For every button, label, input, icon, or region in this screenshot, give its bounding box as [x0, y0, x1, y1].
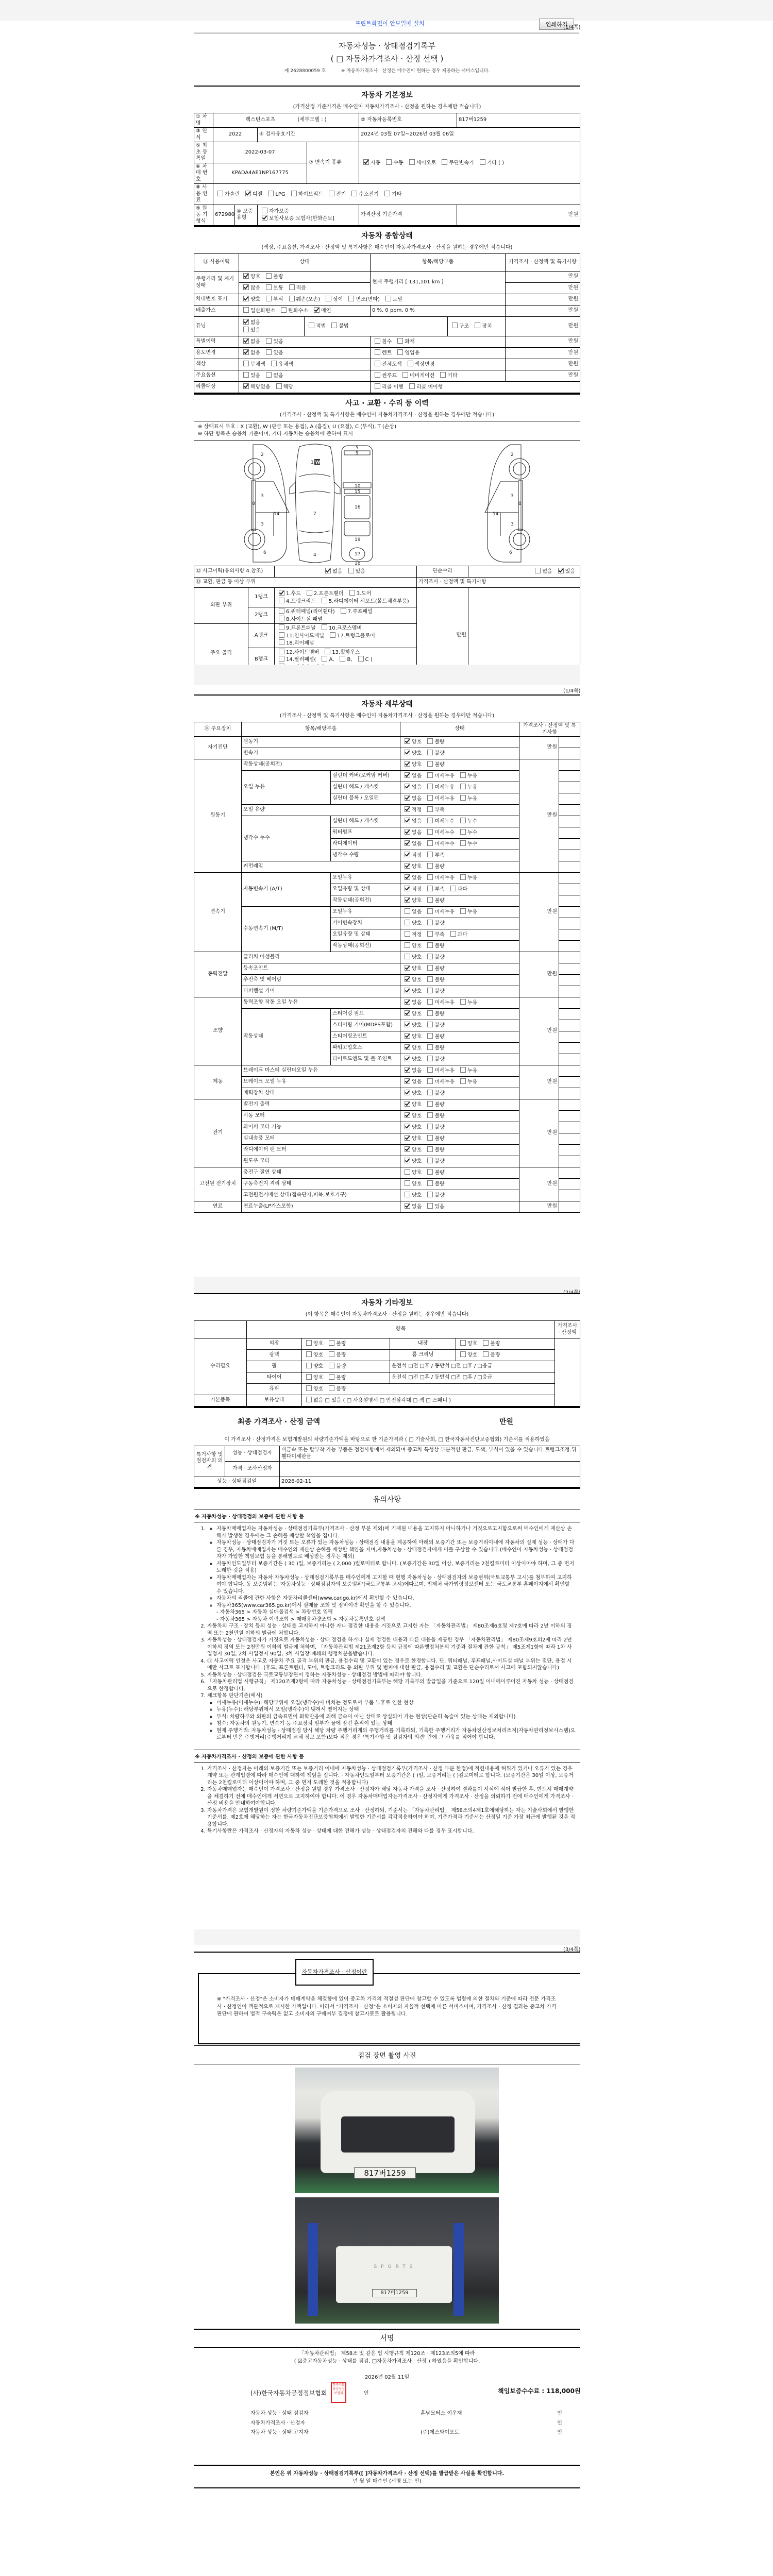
unchecked-box-icon[interactable]	[266, 284, 272, 290]
checkbox-option[interactable]: 장치	[472, 324, 492, 329]
checked-box-icon[interactable]	[405, 1033, 410, 1039]
checkbox-option[interactable]: 불량	[425, 1159, 444, 1164]
checkbox-option[interactable]: 양호	[402, 1045, 422, 1051]
checkbox-option[interactable]: 11.인사이드패널	[276, 633, 324, 639]
checked-box-icon[interactable]	[405, 1124, 410, 1129]
checkbox-option[interactable]: 양호	[402, 955, 422, 960]
checked-box-icon[interactable]	[405, 874, 410, 880]
checked-box-icon[interactable]	[243, 296, 249, 301]
unchecked-box-icon[interactable]	[307, 590, 312, 596]
unchecked-box-icon[interactable]	[427, 738, 433, 744]
unchecked-box-icon[interactable]	[460, 1351, 466, 1357]
checkbox-option[interactable]: 불량	[425, 955, 444, 960]
checkbox-option[interactable]: 불량	[425, 1113, 444, 1119]
unchecked-box-icon[interactable]	[460, 840, 466, 846]
unchecked-box-icon[interactable]	[326, 296, 331, 301]
checkbox-option[interactable]: 양호	[304, 1375, 323, 1381]
checkbox-option[interactable]: 가솔린	[215, 192, 240, 197]
unchecked-box-icon[interactable]	[348, 296, 354, 301]
checkbox-option[interactable]: 없음	[402, 1000, 422, 1006]
checkbox-option[interactable]: 부식	[263, 297, 283, 302]
unchecked-box-icon[interactable]	[427, 897, 433, 903]
checkbox-option[interactable]: 썬루프	[372, 373, 397, 379]
checkbox-option[interactable]: 누유	[458, 875, 477, 881]
unchecked-box-icon[interactable]	[427, 1203, 433, 1209]
checkbox-option[interactable]: 미세누유	[425, 1000, 455, 1006]
checkbox-option[interactable]: 없음	[241, 350, 260, 356]
unchecked-box-icon[interactable]	[427, 1067, 433, 1073]
checkbox-option[interactable]: 불량	[425, 1136, 444, 1142]
unchecked-box-icon[interactable]	[405, 920, 410, 925]
unchecked-box-icon[interactable]	[329, 1385, 334, 1391]
checkbox-option[interactable]: 불량	[326, 1352, 346, 1358]
checked-box-icon[interactable]	[405, 897, 410, 903]
checkbox-option[interactable]: 디젤	[243, 192, 262, 197]
checkbox-option[interactable]: 불량	[326, 1364, 346, 1369]
checkbox-option[interactable]: 누유	[458, 796, 477, 802]
unchecked-box-icon[interactable]	[217, 191, 223, 196]
checkbox-option[interactable]: 있음	[346, 569, 365, 574]
checked-box-icon[interactable]	[363, 159, 369, 165]
unchecked-box-icon[interactable]	[291, 191, 297, 196]
checkbox-option[interactable]: 양호	[402, 1159, 422, 1164]
unchecked-box-icon[interactable]	[535, 568, 541, 573]
checkbox-option[interactable]: 13.휠하우스	[322, 650, 360, 655]
checkbox-option[interactable]: 도말	[383, 297, 402, 302]
checkbox-option[interactable]: 없음	[402, 841, 422, 847]
unchecked-box-icon[interactable]	[427, 988, 433, 993]
unchecked-box-icon[interactable]	[427, 1158, 433, 1163]
checkbox-option[interactable]: 양호	[402, 1023, 422, 1028]
checkbox-option[interactable]: 양호	[402, 1170, 422, 1176]
checkbox-option[interactable]: 양호	[402, 1113, 422, 1119]
unchecked-box-icon[interactable]	[375, 383, 380, 389]
unchecked-box-icon[interactable]	[480, 159, 485, 165]
checkbox-option[interactable]: 불량	[425, 1023, 444, 1028]
checkbox-option[interactable]: 4.트렁크리드	[276, 599, 316, 604]
checkbox-option[interactable]: 양호	[402, 1181, 422, 1187]
checkbox-option[interactable]: 미세누유	[425, 785, 455, 790]
checkbox-option[interactable]: 불량	[425, 739, 444, 745]
checkbox-option[interactable]: 불량	[425, 1057, 444, 1062]
unchecked-box-icon[interactable]	[266, 349, 272, 355]
checkbox-option[interactable]: 양호	[402, 751, 422, 756]
checkbox-option[interactable]: 불량	[425, 1181, 444, 1187]
checkbox-option[interactable]: 18.리어패널	[276, 640, 314, 646]
unchecked-box-icon[interactable]	[281, 307, 287, 313]
unchecked-box-icon[interactable]	[427, 840, 433, 846]
unchecked-box-icon[interactable]	[325, 649, 330, 654]
checkbox-option[interactable]: 3.도어	[347, 591, 372, 597]
checkbox-option[interactable]: 누수	[458, 830, 477, 836]
checkbox-option[interactable]: 적정	[402, 807, 422, 813]
unchecked-box-icon[interactable]	[427, 1078, 433, 1084]
unchecked-box-icon[interactable]	[427, 1090, 433, 1095]
unchecked-box-icon[interactable]	[397, 349, 403, 355]
unchecked-box-icon[interactable]	[306, 1385, 312, 1391]
checkbox-option[interactable]: 상이	[323, 297, 343, 302]
unchecked-box-icon[interactable]	[276, 383, 282, 389]
checked-box-icon[interactable]	[405, 1203, 410, 1209]
unchecked-box-icon[interactable]	[475, 323, 480, 328]
unchecked-box-icon[interactable]	[243, 307, 249, 313]
checked-box-icon[interactable]	[262, 215, 267, 221]
checked-box-icon[interactable]	[314, 307, 320, 313]
unchecked-box-icon[interactable]	[375, 338, 380, 344]
checked-box-icon[interactable]	[243, 383, 249, 389]
unchecked-box-icon[interactable]	[386, 159, 392, 165]
unchecked-box-icon[interactable]	[402, 372, 408, 378]
unchecked-box-icon[interactable]	[266, 372, 272, 378]
checkbox-option[interactable]: 없음	[402, 1204, 422, 1210]
checkbox-option[interactable]: 누수	[458, 819, 477, 824]
checkbox-option[interactable]: 미세누수	[425, 830, 455, 836]
checkbox-option[interactable]: 구조	[449, 324, 469, 329]
unchecked-box-icon[interactable]	[427, 818, 433, 823]
checkbox-option[interactable]: 양호	[402, 1011, 422, 1017]
checkbox-option[interactable]: 영업용	[395, 350, 419, 356]
checked-box-icon[interactable]	[405, 818, 410, 823]
unchecked-box-icon[interactable]	[279, 632, 284, 638]
checked-box-icon[interactable]	[405, 988, 410, 993]
checkbox-option[interactable]: 2.프론트휀더	[304, 591, 344, 597]
unchecked-box-icon[interactable]	[450, 931, 456, 937]
unchecked-box-icon[interactable]	[243, 372, 249, 378]
checkbox-option[interactable]: 불량	[425, 989, 444, 994]
unchecked-box-icon[interactable]	[289, 284, 295, 290]
checkbox-option[interactable]: 기타 ( )	[477, 160, 504, 166]
unchecked-box-icon[interactable]	[351, 191, 357, 196]
checkbox-option[interactable]: 불량	[326, 1375, 346, 1381]
unchecked-box-icon[interactable]	[405, 908, 410, 914]
checkbox-option[interactable]: LPG	[265, 192, 285, 197]
checkbox-option[interactable]: 10.크로스멤버	[319, 625, 362, 631]
checkbox-option[interactable]: 과다	[448, 932, 467, 938]
checkbox-option[interactable]: 양호	[304, 1341, 323, 1347]
checked-box-icon[interactable]	[405, 738, 410, 744]
checkbox-option[interactable]: 없음	[402, 909, 422, 915]
unchecked-box-icon[interactable]	[243, 327, 249, 332]
checkbox-option[interactable]: 미세누수	[425, 819, 455, 824]
checkbox-option[interactable]: 수소전기	[349, 192, 379, 197]
checkbox-option[interactable]: 있음	[263, 350, 283, 356]
checkbox-option[interactable]: 보통	[263, 285, 283, 291]
checkbox-option[interactable]: 세미오토	[407, 160, 436, 166]
unchecked-box-icon[interactable]	[460, 1340, 466, 1346]
checkbox-option[interactable]: 양호	[241, 297, 260, 302]
checkbox-option[interactable]: 양호	[402, 989, 422, 994]
checkbox-option[interactable]: 훼손(오손)	[287, 297, 320, 302]
checkbox-option[interactable]: 9.프론트패널	[276, 625, 316, 631]
unchecked-box-icon[interactable]	[279, 616, 284, 621]
checkbox-option[interactable]: 자동	[361, 160, 380, 166]
checkbox-option[interactable]: 불량	[425, 1125, 444, 1130]
checked-box-icon[interactable]	[245, 191, 251, 196]
unchecked-box-icon[interactable]	[329, 1351, 334, 1357]
unchecked-box-icon[interactable]	[427, 1135, 433, 1141]
checked-box-icon[interactable]	[405, 1044, 410, 1050]
checkbox-option[interactable]: 있음	[241, 327, 299, 334]
checked-box-icon[interactable]	[405, 1010, 410, 1016]
checkbox-option[interactable]: 불량	[425, 1147, 444, 1153]
checkbox-option[interactable]: 적정	[402, 887, 422, 892]
checkbox-option[interactable]: B,	[337, 657, 352, 663]
checked-box-icon[interactable]	[243, 273, 249, 279]
checkbox-option[interactable]: 일산화탄소	[241, 308, 275, 314]
checkbox-option[interactable]: 양호	[402, 921, 422, 926]
unchecked-box-icon[interactable]	[460, 1067, 466, 1073]
checked-box-icon[interactable]	[279, 590, 284, 596]
unchecked-box-icon[interactable]	[427, 908, 433, 914]
checkbox-option[interactable]: 부족	[425, 887, 444, 892]
checkbox-option[interactable]: 불량	[425, 1011, 444, 1017]
checked-box-icon[interactable]	[405, 1056, 410, 1061]
checkbox-option[interactable]: 양호	[402, 943, 422, 949]
checked-box-icon[interactable]	[405, 1067, 410, 1073]
unchecked-box-icon[interactable]	[322, 598, 327, 603]
unchecked-box-icon[interactable]	[331, 323, 337, 328]
checkbox-option[interactable]: 누유	[458, 785, 477, 790]
checkbox-option[interactable]: 미세누수	[425, 841, 455, 847]
checkbox-option[interactable]: 부족	[425, 932, 444, 938]
unchecked-box-icon[interactable]	[329, 1374, 334, 1380]
checked-box-icon[interactable]	[405, 772, 410, 778]
checkbox-option[interactable]: 불량	[480, 1341, 500, 1347]
unchecked-box-icon[interactable]	[348, 568, 354, 573]
checked-box-icon[interactable]	[405, 795, 410, 801]
checkbox-option[interactable]: 14.필러패널(	[276, 657, 316, 663]
checkbox-option[interactable]: A,	[319, 657, 334, 663]
unchecked-box-icon[interactable]	[427, 1124, 433, 1129]
unchecked-box-icon[interactable]	[460, 999, 466, 1005]
checkbox-option[interactable]: 불량	[425, 921, 444, 926]
unchecked-box-icon[interactable]	[427, 976, 433, 982]
checkbox-option[interactable]: 적정	[402, 932, 422, 938]
checked-box-icon[interactable]	[243, 284, 249, 290]
unchecked-box-icon[interactable]	[427, 784, 433, 789]
unchecked-box-icon[interactable]	[427, 1112, 433, 1118]
checkbox-option[interactable]: 불량	[425, 1193, 444, 1198]
checkbox-option[interactable]: 양호	[402, 977, 422, 983]
checkbox-option[interactable]: 6.쿼터패널(리어휀다)	[276, 609, 335, 615]
checked-box-icon[interactable]	[405, 1078, 410, 1084]
checkbox-option[interactable]: 양호	[402, 1136, 422, 1142]
checkbox-option[interactable]: 불량	[326, 1341, 346, 1347]
unchecked-box-icon[interactable]	[427, 1056, 433, 1061]
unchecked-box-icon[interactable]	[349, 590, 355, 596]
checkbox-option[interactable]: 화재	[395, 339, 414, 345]
checkbox-option[interactable]: 불량	[425, 864, 444, 870]
unchecked-box-icon[interactable]	[460, 818, 466, 823]
checkbox-option[interactable]: 1.후드	[276, 591, 301, 597]
checkbox-option[interactable]: 양호	[402, 1102, 422, 1108]
checkbox-option[interactable]: 없음	[402, 1068, 422, 1074]
checkbox-option[interactable]: 양호	[402, 739, 422, 745]
unchecked-box-icon[interactable]	[427, 795, 433, 801]
checkbox-option[interactable]: 8.사이드실 패널	[276, 617, 323, 622]
unchecked-box-icon[interactable]	[427, 1169, 433, 1175]
checkbox-option[interactable]: 불법	[329, 324, 348, 329]
checkbox-option[interactable]: 없음	[402, 785, 422, 790]
checked-box-icon[interactable]	[405, 1112, 410, 1118]
checkbox-option[interactable]: 불량	[425, 762, 444, 768]
checkbox-option[interactable]: 없음	[532, 569, 552, 574]
checkbox-option[interactable]: 양호	[402, 1147, 422, 1153]
unchecked-box-icon[interactable]	[427, 942, 433, 948]
checkbox-option[interactable]: 불량	[425, 1034, 444, 1040]
unchecked-box-icon[interactable]	[427, 931, 433, 937]
checked-box-icon[interactable]	[405, 976, 410, 982]
unchecked-box-icon[interactable]	[460, 874, 466, 880]
unchecked-box-icon[interactable]	[329, 1340, 334, 1346]
unchecked-box-icon[interactable]	[271, 361, 277, 366]
unchecked-box-icon[interactable]	[427, 999, 433, 1005]
unchecked-box-icon[interactable]	[427, 1022, 433, 1027]
checkbox-option[interactable]: 누유	[458, 1068, 477, 1074]
unchecked-box-icon[interactable]	[460, 772, 466, 778]
unchecked-box-icon[interactable]	[427, 920, 433, 925]
unchecked-box-icon[interactable]	[427, 761, 433, 767]
checkbox-option[interactable]: 하이브리드	[289, 192, 323, 197]
checkbox-option[interactable]: 없음	[402, 773, 422, 779]
unchecked-box-icon[interactable]	[460, 908, 466, 914]
checkbox-option[interactable]: 불량	[425, 1045, 444, 1051]
checked-box-icon[interactable]	[405, 806, 410, 812]
checkbox-option[interactable]: 양호	[241, 274, 260, 280]
unchecked-box-icon[interactable]	[409, 159, 415, 165]
checkbox-option[interactable]: 미세누유	[425, 1079, 455, 1085]
unchecked-box-icon[interactable]	[385, 296, 391, 301]
checked-box-icon[interactable]	[405, 829, 410, 835]
checkbox-option[interactable]: 미세누유	[425, 875, 455, 881]
checkbox-option[interactable]: 없음	[323, 569, 342, 574]
checked-box-icon[interactable]	[405, 840, 410, 846]
unchecked-box-icon[interactable]	[306, 1351, 312, 1357]
checkbox-option[interactable]: 있음	[556, 569, 575, 574]
checkbox-option[interactable]: 있음	[241, 373, 260, 379]
checked-box-icon[interactable]	[405, 999, 410, 1005]
unchecked-box-icon[interactable]	[262, 208, 267, 213]
unchecked-box-icon[interactable]	[375, 361, 380, 366]
checked-box-icon[interactable]	[405, 784, 410, 789]
checked-box-icon[interactable]	[243, 319, 249, 325]
checkbox-option[interactable]: 양호	[402, 762, 422, 768]
checked-box-icon[interactable]	[243, 349, 249, 355]
checked-box-icon[interactable]	[405, 750, 410, 755]
checkbox-option[interactable]: 불량	[425, 943, 444, 949]
checkbox-option[interactable]: 리콜 미이행	[407, 384, 443, 390]
checkbox-option[interactable]: 없음	[402, 819, 422, 824]
unchecked-box-icon[interactable]	[427, 1010, 433, 1016]
checkbox-option[interactable]: 탄화수소	[278, 308, 308, 314]
checkbox-option[interactable]: 불량	[425, 1170, 444, 1176]
unchecked-box-icon[interactable]	[329, 191, 334, 196]
unchecked-box-icon[interactable]	[279, 649, 284, 654]
print-help-link[interactable]: 프린트화면이 안보일때 설치	[355, 19, 425, 27]
checkbox-option[interactable]: 적정	[402, 853, 422, 858]
checkbox-option[interactable]: 불량	[425, 1102, 444, 1108]
checked-box-icon[interactable]	[325, 568, 331, 573]
unchecked-box-icon[interactable]	[289, 296, 295, 301]
unchecked-box-icon[interactable]	[405, 942, 410, 948]
checkbox-option[interactable]: 양호	[402, 966, 422, 972]
checked-box-icon[interactable]	[405, 886, 410, 891]
unchecked-box-icon[interactable]	[408, 361, 413, 366]
unchecked-box-icon[interactable]	[405, 1192, 410, 1197]
checkbox-option[interactable]: C )	[356, 657, 373, 663]
checkbox-option[interactable]: 기타	[438, 373, 457, 379]
checkbox-option[interactable]: 해당	[274, 384, 293, 390]
checkbox-option[interactable]: 누유	[458, 909, 477, 915]
checkbox-option[interactable]: 양호	[402, 1057, 422, 1062]
checked-box-icon[interactable]	[405, 1146, 410, 1152]
unchecked-box-icon[interactable]	[427, 863, 433, 869]
unchecked-box-icon[interactable]	[450, 886, 456, 891]
unchecked-box-icon[interactable]	[460, 1078, 466, 1084]
checkbox-option[interactable]: 기타	[382, 192, 401, 197]
unchecked-box-icon[interactable]	[279, 624, 284, 630]
checkbox-option[interactable]: 침수	[372, 339, 392, 345]
unchecked-box-icon[interactable]	[330, 632, 335, 638]
unchecked-box-icon[interactable]	[427, 965, 433, 971]
checkbox-option[interactable]: 있음	[425, 1204, 444, 1210]
checkbox-option[interactable]: 전기	[326, 192, 346, 197]
checked-box-icon[interactable]	[405, 1090, 410, 1095]
unchecked-box-icon[interactable]	[405, 954, 410, 959]
checkbox-option[interactable]: 미세누유	[425, 796, 455, 802]
checkbox-option[interactable]: 양호	[402, 898, 422, 904]
checkbox-option[interactable]: 불량	[425, 898, 444, 904]
unchecked-box-icon[interactable]	[384, 191, 390, 196]
checkbox-option[interactable]: 자가보증	[259, 209, 289, 214]
unchecked-box-icon[interactable]	[427, 750, 433, 755]
checkbox-option[interactable]: 불량	[425, 751, 444, 756]
checked-box-icon[interactable]	[405, 1135, 410, 1141]
unchecked-box-icon[interactable]	[460, 795, 466, 801]
unchecked-box-icon[interactable]	[427, 886, 433, 891]
checked-box-icon[interactable]	[405, 1158, 410, 1163]
checkbox-option[interactable]: 12.사이드멤버	[276, 650, 319, 655]
checkbox-option[interactable]: 무채색	[241, 362, 265, 367]
unchecked-box-icon[interactable]	[397, 338, 403, 344]
checkbox-option[interactable]: 양호	[458, 1341, 477, 1347]
unchecked-box-icon[interactable]	[442, 159, 447, 165]
unchecked-box-icon[interactable]	[306, 1374, 312, 1380]
checkbox-option[interactable]: 과다	[448, 887, 467, 892]
checkbox-option[interactable]: 불량	[425, 977, 444, 983]
unchecked-box-icon[interactable]	[483, 1351, 489, 1357]
checkbox-option[interactable]: 양호	[402, 1193, 422, 1198]
unchecked-box-icon[interactable]	[427, 1033, 433, 1039]
unchecked-box-icon[interactable]	[266, 296, 272, 301]
checkbox-option[interactable]: 네비게이션	[400, 373, 434, 379]
unchecked-box-icon[interactable]	[358, 656, 364, 662]
unchecked-box-icon[interactable]	[427, 1192, 433, 1197]
checkbox-option[interactable]: 색상변경	[405, 362, 435, 367]
checkbox-option[interactable]: 없음	[402, 830, 422, 836]
unchecked-box-icon[interactable]	[452, 323, 458, 328]
checkbox-option[interactable]: 적법	[306, 324, 326, 329]
unchecked-box-icon[interactable]	[375, 349, 380, 355]
checkbox-option[interactable]: 매연	[311, 308, 331, 314]
unchecked-box-icon[interactable]	[427, 954, 433, 959]
unchecked-box-icon[interactable]	[460, 829, 466, 835]
checkbox-option[interactable]: 없음	[263, 373, 283, 379]
checkbox-option[interactable]: 수동	[383, 160, 403, 166]
unchecked-box-icon[interactable]	[309, 323, 314, 328]
checkbox-option[interactable]: 전체도색	[372, 362, 402, 367]
checkbox-option[interactable]: 양호	[304, 1352, 323, 1358]
